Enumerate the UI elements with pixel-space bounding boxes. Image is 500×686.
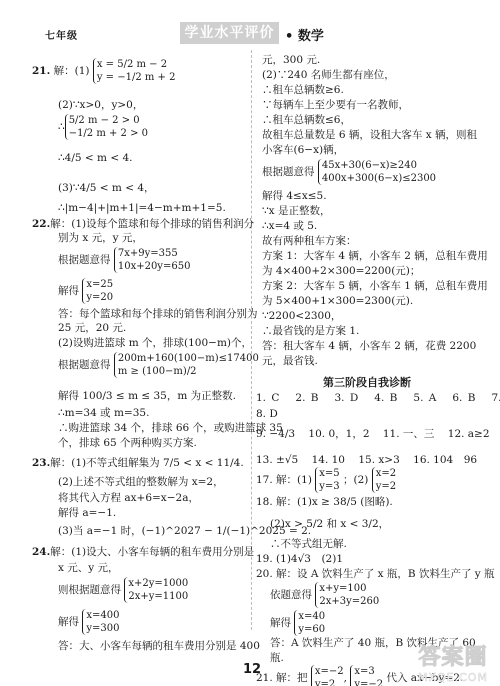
subject-label: • 数学 [285, 25, 324, 44]
q24-solution: 解得 x=400y=300 [58, 609, 119, 635]
page-header: 七年级 学业水平评价 • 数学 [0, 0, 500, 50]
q24-intro: 24.解：(1)设大、小客车每辆的租车费用分别是 [32, 546, 254, 559]
page-number: 12 [243, 662, 261, 677]
q21-part3-result: ∴|m−4|+|m+1|=4−m+m+1=5. [58, 202, 226, 215]
q18-part3: ∴不等式组无解. [270, 538, 347, 551]
q24-cont-line: 解得 4≤x≤5. [262, 190, 327, 203]
q22-intro: 22.解：(1)设每个篮球和每个排球的销售利润分 [32, 218, 254, 231]
q24-cont-line: 元，300 元. [262, 54, 320, 67]
q20-intro: 20. 解：设 A 饮料生产了 x 瓶，B 饮料生产了 y 瓶 [256, 568, 495, 581]
q20-equations: 依题意得 x+y=1002x+3y=260 [270, 582, 379, 608]
watermark-logo: 答案圈 MXQE.COM [418, 640, 488, 684]
q21-part3: (3)∵4/5 < m < 4， [58, 182, 155, 195]
q24-cont-line: ∴最省钱的是方案 1. [262, 325, 359, 338]
brand-title: 学业水平评价 [180, 22, 279, 44]
q22-answer2: 25 元，20 元. [58, 322, 126, 335]
grade-label: 七年级 [45, 27, 78, 42]
q22-answer: 答：每个篮球和每个排球的销售利润分别为 [58, 308, 258, 321]
q21-part2: (2)∵x>0，y>0， [58, 99, 143, 112]
q24-cont-line: 小客车(6−x)辆， [262, 144, 344, 157]
q23-part1: 23.解：(1)不等式组解集为 7/5 < x < 11/4. [32, 457, 244, 470]
q24-cont-line: 方案 2：大客车 5 辆，小客车 1 辆，总租车费用 [262, 280, 488, 293]
q24-cont-line: ∴租车总辆数≥6. [262, 84, 344, 97]
q24-cont-line: 元，最省钱. [262, 355, 318, 368]
q24-cont-line: 故租车总量数是 6 辆，设租大客车 x 辆，则租 [262, 129, 477, 142]
q23-part2c: 解得 a=−1. [58, 507, 116, 520]
q24-cont-equations: 根据题意得 45x+30(6−x)≥240400x+300(6−x)≤2300 [262, 159, 436, 185]
q17-answer: 17. 解：(1) x=5y=3 ；(2) x=2y=2 [256, 467, 396, 493]
q18-part1: 18. 解：(1)x ≥ 38/5 (图略). [256, 496, 393, 509]
q21-system2: ∴ 5/2 m − 2 > 0 −1/2 m + 2 > 0 [58, 114, 148, 140]
q24-cont-line: ∴租车总辆数≤6， [262, 114, 351, 127]
q24-cont-line: ∵每辆车上至少要有一名教师， [262, 99, 409, 112]
q23-part2b: 将其代入方程 ax+6=x−2a， [58, 492, 199, 505]
q24-answer: 答：大、小客车每辆的租车费用分别是 400 [58, 640, 260, 653]
fill-answers-row2: 13. ±√5 14. 10 15. x>3 16. 104 96 [256, 454, 477, 467]
choice-answers-row1: 1. C 2. B 3. D 4. B 5. A 6. B 7. A [256, 392, 500, 405]
q21-conclusion: ∴4/5 < m < 4. [58, 152, 133, 165]
choice-answers-row2: 8. D [256, 408, 278, 421]
q21-part1: 21. 解：(1) x = 5/2 m − 2 y = −1/2 m + 2 [32, 58, 175, 84]
q24-cont-line: 为 4×400+2×300=2200(元)； [262, 265, 420, 278]
q22-part2-m: ∴m=34 或 m=35. [58, 407, 149, 420]
q20-solution: 解得 x=40y=60 [270, 610, 325, 636]
q24-cont-line: ∴x=4 或 5. [262, 220, 317, 233]
q21-system1: x = 5/2 m − 2 y = −1/2 m + 2 [93, 58, 176, 84]
q20-answer2: 瓶. [270, 652, 284, 665]
q24-cont-line: ∵x 是正整数， [262, 205, 330, 218]
q23-part2: (2)上述不等式组的整数解为 x=2， [58, 476, 224, 489]
q24-equations: 则根据题意得 x+2y=10002x+y=1100 [58, 577, 188, 603]
q22-solution: 解得 x=25y=20 [58, 278, 113, 304]
q24-cont-line: 为 5×400+1×300=2300(元). [262, 295, 413, 308]
q24-cont-line: 方案 1：大客车 4 辆，小客车 2 辆，总租车费用 [262, 250, 488, 263]
q24-intro2: x 元、y 元， [58, 562, 119, 575]
q22-intro2: 别为 x 元，y 元， [58, 232, 143, 245]
q24-cont-line: 答：租大客车 4 辆，小客车 2 辆，花费 2200 [262, 340, 476, 353]
q24-cont-line: (2)∵240 名师生都有座位， [262, 69, 395, 82]
fill-answers-row1: 9. −4/3 10. 0，1，2 11. 一、三 12. a≥2 [256, 428, 490, 441]
q24-cont-line: 故有两种租车方案： [262, 235, 357, 248]
q22-conclusion2: 个，排球 65 个两种购买方案. [58, 437, 197, 450]
q19-answer: 19. (1)4√3 (2)1 [256, 553, 343, 566]
q22-part2: (2)设购进篮球 m 个，排球(100−m)个， [58, 337, 252, 350]
q24-cont-line: ∵2200<2300， [262, 310, 341, 323]
section-title: 第三阶段自我诊断 [262, 374, 472, 390]
q22-equations: 根据题意得 7x+9y=35510x+20y=650 [58, 247, 190, 273]
q22-part2-solution: 解得 100/3 ≤ m ≤ 35，m 为正整数. [58, 390, 236, 403]
q22-part2-equations: 根据题意得 200m+160(100−m)≤17400m ≥ (100−m)/2 [58, 352, 259, 378]
q22-conclusion: ∴购进篮球 34 个，排球 66 个，或购进篮球 35 [58, 422, 283, 435]
q18-part2: (2)x > 5/2 和 x < 3/2， [270, 518, 389, 531]
